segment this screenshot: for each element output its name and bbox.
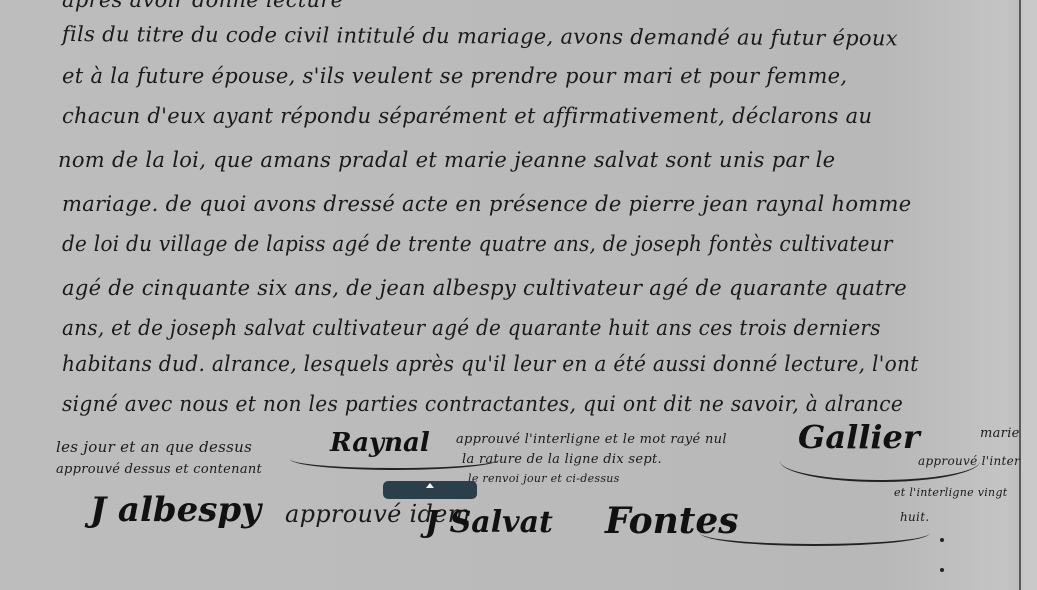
margin-note: le renvoi jour et ci-dessus (468, 472, 620, 485)
margin-note: et l'interligne vingt (894, 486, 1008, 499)
document-line: de loi du village de lapiss agé de trent… (62, 232, 893, 256)
signature-flourish (700, 520, 930, 546)
signature-flourish (780, 440, 980, 482)
document-line: nom de la loi, que amans pradal et marie… (58, 148, 835, 172)
document-line: habitans dud. alrance, lesquels après qu… (62, 352, 919, 376)
document-line: signé avec nous et non les parties contr… (62, 392, 903, 416)
ink-speck (940, 538, 944, 542)
signature-flourish (290, 448, 500, 470)
collapse-panel-toggle[interactable] (383, 481, 477, 499)
caret-up-icon (426, 483, 434, 488)
document-line: chacun d'eux ayant répondu séparément et… (62, 104, 872, 128)
signature-albespy: J albespy (90, 490, 261, 530)
signature-salvat: J Salvat (425, 505, 553, 540)
document-line: ans, et de joseph salvat cultivateur agé… (62, 316, 881, 340)
margin-note: approuvé l'interligne et le mot rayé nul (456, 432, 727, 447)
margin-note: marie (980, 426, 1020, 441)
scanned-document-page: après avoir donné lecture fils du titre … (0, 0, 1037, 590)
document-line: et à la future épouse, s'ils veulent se … (62, 64, 847, 88)
document-line: mariage. de quoi avons dressé acte en pr… (62, 192, 911, 216)
document-line: fils du titre du code civil intitulé du … (62, 22, 898, 50)
ink-speck (940, 568, 944, 572)
margin-note: approuvé dessus et contenant (56, 462, 262, 477)
document-line: après avoir donné lecture (62, 0, 343, 12)
document-line: les jour et an que dessus (56, 438, 252, 456)
margin-note: huit. (900, 510, 929, 524)
page-margin-strip (1021, 0, 1037, 590)
document-line: agé de cinquante six ans, de jean albesp… (62, 276, 907, 300)
